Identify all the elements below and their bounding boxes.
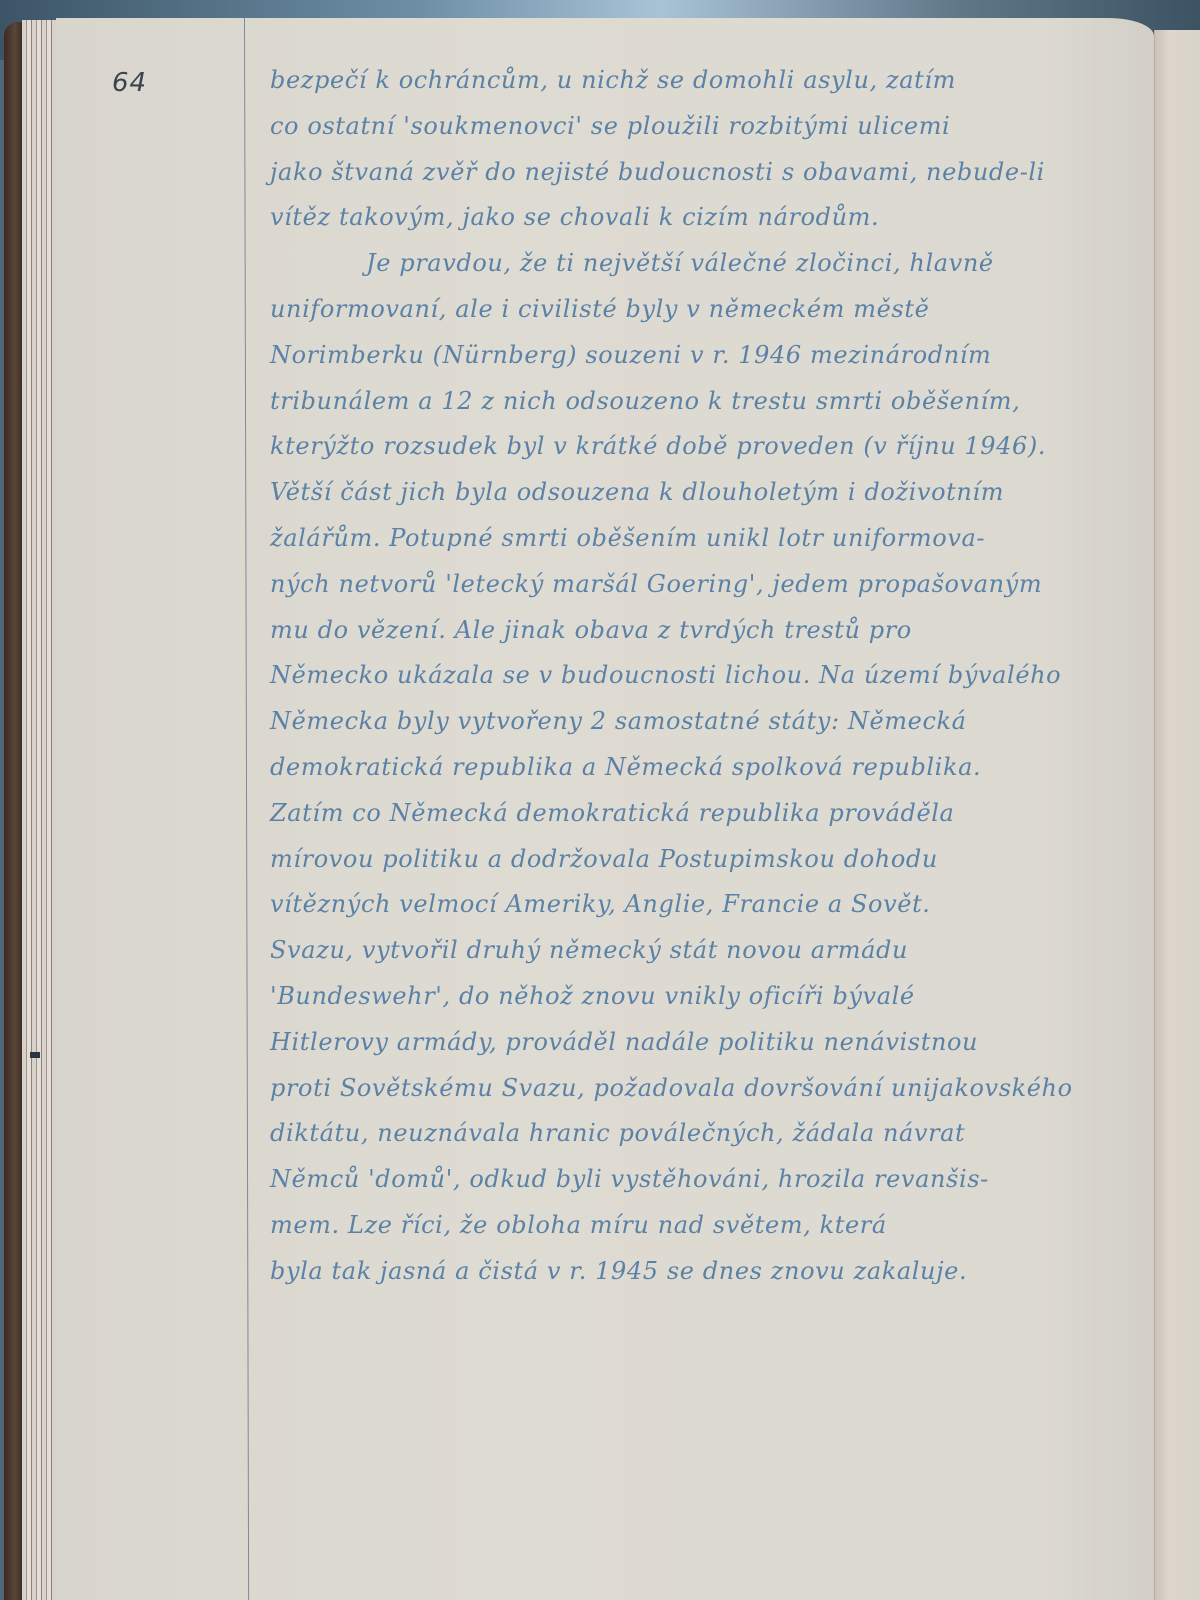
text-line: mem. Lze říci, že obloha míru nad světem… bbox=[270, 1203, 1140, 1249]
text-line: Němců 'domů', odkud byli vystěhováni, hr… bbox=[270, 1157, 1140, 1203]
text-line: Větší část jich byla odsouzena k dlouhol… bbox=[270, 470, 1140, 516]
text-line: byla tak jasná a čistá v r. 1945 se dnes… bbox=[270, 1249, 1140, 1295]
text-line: co ostatní 'soukmenovci' se ploužili roz… bbox=[270, 104, 1140, 150]
text-line: vítěz takovým, jako se chovali k cizím n… bbox=[270, 195, 1140, 241]
text-line: Svazu, vytvořil druhý německý stát novou… bbox=[270, 928, 1140, 974]
text-line: žalářům. Potupné smrti oběšením unikl lo… bbox=[270, 516, 1140, 562]
text-line: ných netvorů 'letecký maršál Goering', j… bbox=[270, 562, 1140, 608]
text-line: Německa byly vytvořeny 2 samostatné stát… bbox=[270, 699, 1140, 745]
edge-tab-mark bbox=[30, 1052, 40, 1058]
text-line: demokratická republika a Německá spolkov… bbox=[270, 745, 1140, 791]
text-line: jako štvaná zvěř do nejisté budoucnosti … bbox=[270, 150, 1140, 196]
text-line: bezpečí k ochráncům, u nichž se domohli … bbox=[270, 58, 1140, 104]
text-line: vítězných velmocí Ameriky, Anglie, Franc… bbox=[270, 882, 1140, 928]
text-line: mírovou politiku a dodržovala Postupimsk… bbox=[270, 837, 1140, 883]
handwritten-text-body: bezpečí k ochráncům, u nichž se domohli … bbox=[270, 58, 1140, 1295]
text-line: tribunálem a 12 z nich odsouzeno k trest… bbox=[270, 379, 1140, 425]
next-page-edge bbox=[1154, 30, 1200, 1600]
stacked-page-edges bbox=[22, 20, 58, 1600]
text-line: Hitlerovy armády, prováděl nadále politi… bbox=[270, 1020, 1140, 1066]
text-line: diktátu, neuznávala hranic poválečných, … bbox=[270, 1111, 1140, 1157]
text-line: uniformovaní, ale i civilisté byly v něm… bbox=[270, 287, 1140, 333]
paragraph-start-line: Je pravdou, že ti největší válečné zloči… bbox=[270, 241, 1140, 287]
text-line: proti Sovětskému Svazu, požadovala dovrš… bbox=[270, 1066, 1140, 1112]
text-line: kterýžto rozsudek byl v krátké době prov… bbox=[270, 424, 1140, 470]
text-line: Německo ukázala se v budoucnosti lichou.… bbox=[270, 653, 1140, 699]
page-number: 64 bbox=[112, 68, 147, 98]
text-line: mu do vězení. Ale jinak obava z tvrdých … bbox=[270, 608, 1140, 654]
text-line: Zatím co Německá demokratická republika … bbox=[270, 791, 1140, 837]
text-line: 'Bundeswehr', do něhož znovu vnikly ofic… bbox=[270, 974, 1140, 1020]
text-line: Norimberku (Nürnberg) souzeni v r. 1946 … bbox=[270, 333, 1140, 379]
